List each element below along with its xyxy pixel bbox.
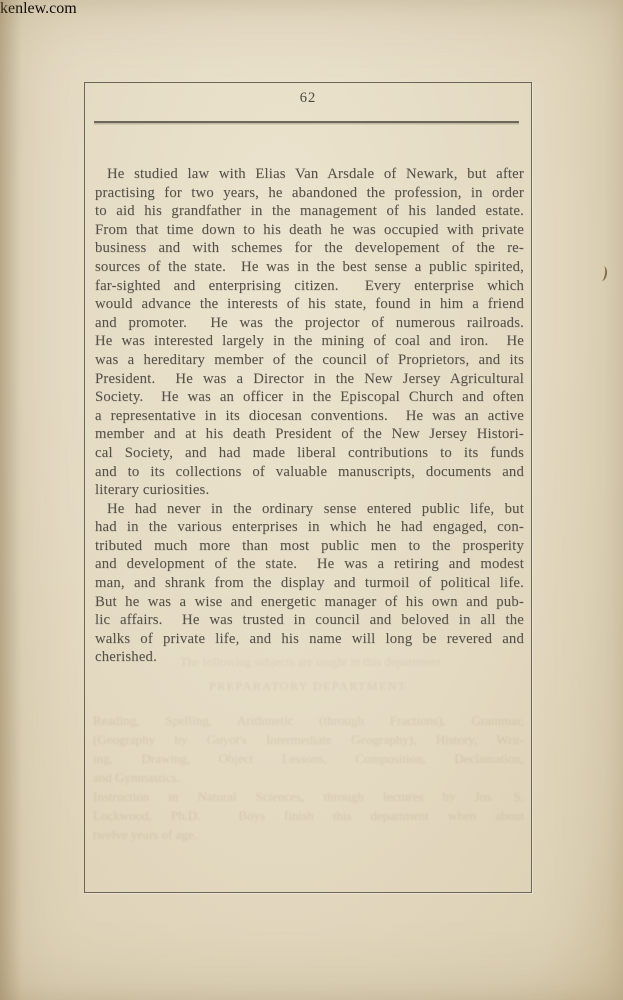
gutter-shadow	[0, 0, 22, 1000]
text-line: Society. He was an officer in the Episco…	[95, 388, 524, 407]
text-line: From that time down to his death he was …	[95, 221, 524, 240]
text-line: He was interested largely in the mining …	[95, 332, 524, 351]
text-line: lic affairs. He was trusted in council a…	[95, 611, 524, 630]
bleedthrough-block-2: Instruction in Natural Sciences, through…	[93, 787, 524, 844]
paper-flaw-crescent	[597, 265, 608, 281]
bleedthrough-line: Lockwood, Ph.D. Boys finish this departm…	[93, 806, 524, 825]
page-border-frame: 62 He studied law with Elias Van Arsdale…	[84, 82, 532, 893]
text-line: would advance the interests of his state…	[95, 295, 524, 314]
text-line: He studied law with Elias Van Arsdale of…	[95, 165, 524, 184]
text-line: member and at his death President of the…	[95, 425, 524, 444]
paper-flaw-stain	[601, 494, 618, 519]
bleedthrough-line: ing, Drawing, Object Lessons, Compositio…	[93, 749, 524, 768]
bleedthrough-block-1: Reading, Spelling, Arithmetic (through F…	[93, 711, 524, 787]
paragraph-biography-2: He had never in the ordinary sense enter…	[95, 500, 524, 667]
text-line: had in the various enterprises in which …	[95, 518, 524, 537]
page-number: 62	[85, 90, 531, 107]
bleedthrough-heading: PREPARATORY DEPARTMENT	[85, 679, 531, 694]
page-body: He studied law with Elias Van Arsdale of…	[95, 165, 524, 667]
text-line: tributed much more than most public men …	[95, 537, 524, 556]
bleedthrough-line: Instruction in Natural Sciences, through…	[93, 787, 524, 806]
bleedthrough-line: Reading, Spelling, Arithmetic (through F…	[93, 711, 524, 730]
bleedthrough-line: twelve years of age.	[93, 825, 524, 844]
bleedthrough-line: (Geography by Guyot's Intermediate Geogr…	[93, 730, 524, 749]
text-line: walks of private life, and his name will…	[95, 630, 524, 649]
text-line: and promoter. He was the projector of nu…	[95, 314, 524, 333]
text-line: But he was a wise and energetic manager …	[95, 593, 524, 612]
text-line: He had never in the ordinary sense enter…	[95, 500, 524, 519]
watermark-text: kenlew.com	[0, 0, 623, 18]
text-line: to aid his grandfather in the management…	[95, 202, 524, 221]
text-line: far-sighted and enterprising citizen. Ev…	[95, 277, 524, 296]
text-line: a representative in its diocesan convent…	[95, 407, 524, 426]
paragraph-biography-1: He studied law with Elias Van Arsdale of…	[95, 165, 524, 500]
text-line: cal Society, and had made liberal contri…	[95, 444, 524, 463]
text-line: was a hereditary member of the council o…	[95, 351, 524, 370]
text-line: man, and shrank from the display and tur…	[95, 574, 524, 593]
text-line: cherished.	[95, 648, 524, 667]
bleedthrough-line: and Gymnastics.	[93, 768, 524, 787]
book-page-scan: 62 He studied law with Elias Van Arsdale…	[0, 0, 623, 1000]
text-line: literary curiosities.	[95, 481, 524, 500]
text-line: President. He was a Director in the New …	[95, 370, 524, 389]
text-line: and development of the state. He was a r…	[95, 555, 524, 574]
text-line: business and with schemes for the develo…	[95, 239, 524, 258]
text-line: and to its collections of valuable manus…	[95, 463, 524, 482]
text-line: practising for two years, he abandoned t…	[95, 184, 524, 203]
header-rule	[94, 121, 519, 123]
text-line: sources of the state. He was in the best…	[95, 258, 524, 277]
